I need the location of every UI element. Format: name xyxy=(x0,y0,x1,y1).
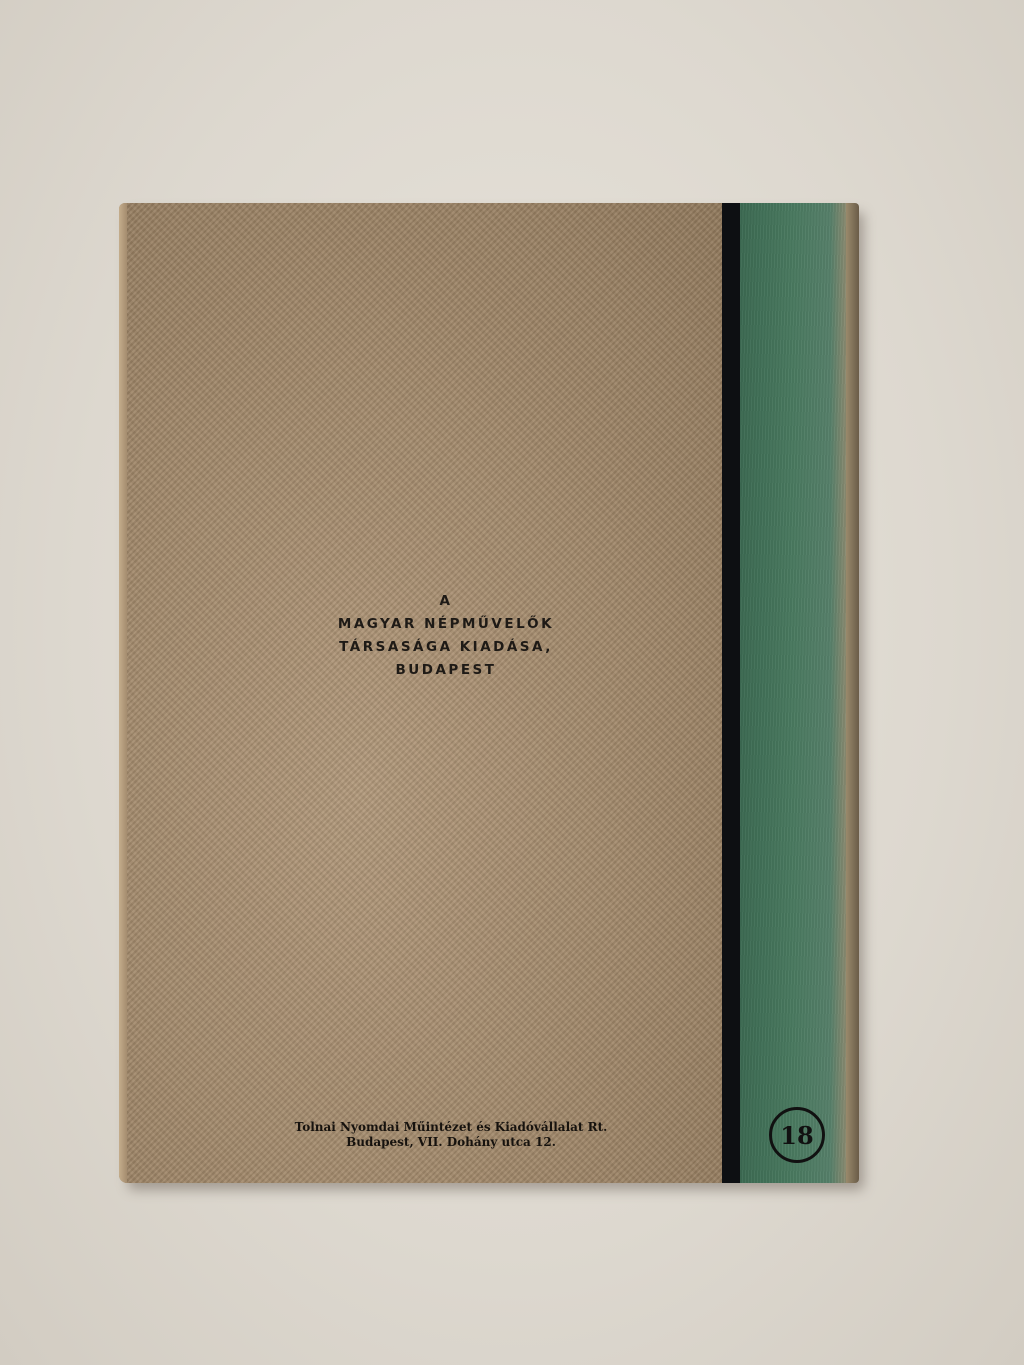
printer-line: Budapest, VII. Dohány utca 12. xyxy=(119,1135,783,1150)
green-spine xyxy=(740,203,846,1183)
publisher-line: BUDAPEST xyxy=(119,659,739,682)
volume-number-badge: 18 xyxy=(769,1107,825,1163)
book-edge xyxy=(846,203,859,1183)
black-stripe xyxy=(722,203,740,1183)
publisher-imprint: A MAGYAR NÉPMŰVELŐK TÁRSASÁGA KIADÁSA, B… xyxy=(119,590,739,682)
printer-line: Tolnai Nyomdai Műintézet és Kiadóvállala… xyxy=(119,1120,783,1135)
printer-imprint: Tolnai Nyomdai Műintézet és Kiadóvállala… xyxy=(119,1120,783,1150)
publisher-line: TÁRSASÁGA KIADÁSA, xyxy=(119,636,739,659)
book: A MAGYAR NÉPMŰVELŐK TÁRSASÁGA KIADÁSA, B… xyxy=(119,203,859,1183)
back-cover xyxy=(119,203,722,1183)
cover-edge xyxy=(119,203,127,1183)
publisher-line: MAGYAR NÉPMŰVELŐK xyxy=(119,613,739,636)
publisher-line: A xyxy=(119,590,739,613)
